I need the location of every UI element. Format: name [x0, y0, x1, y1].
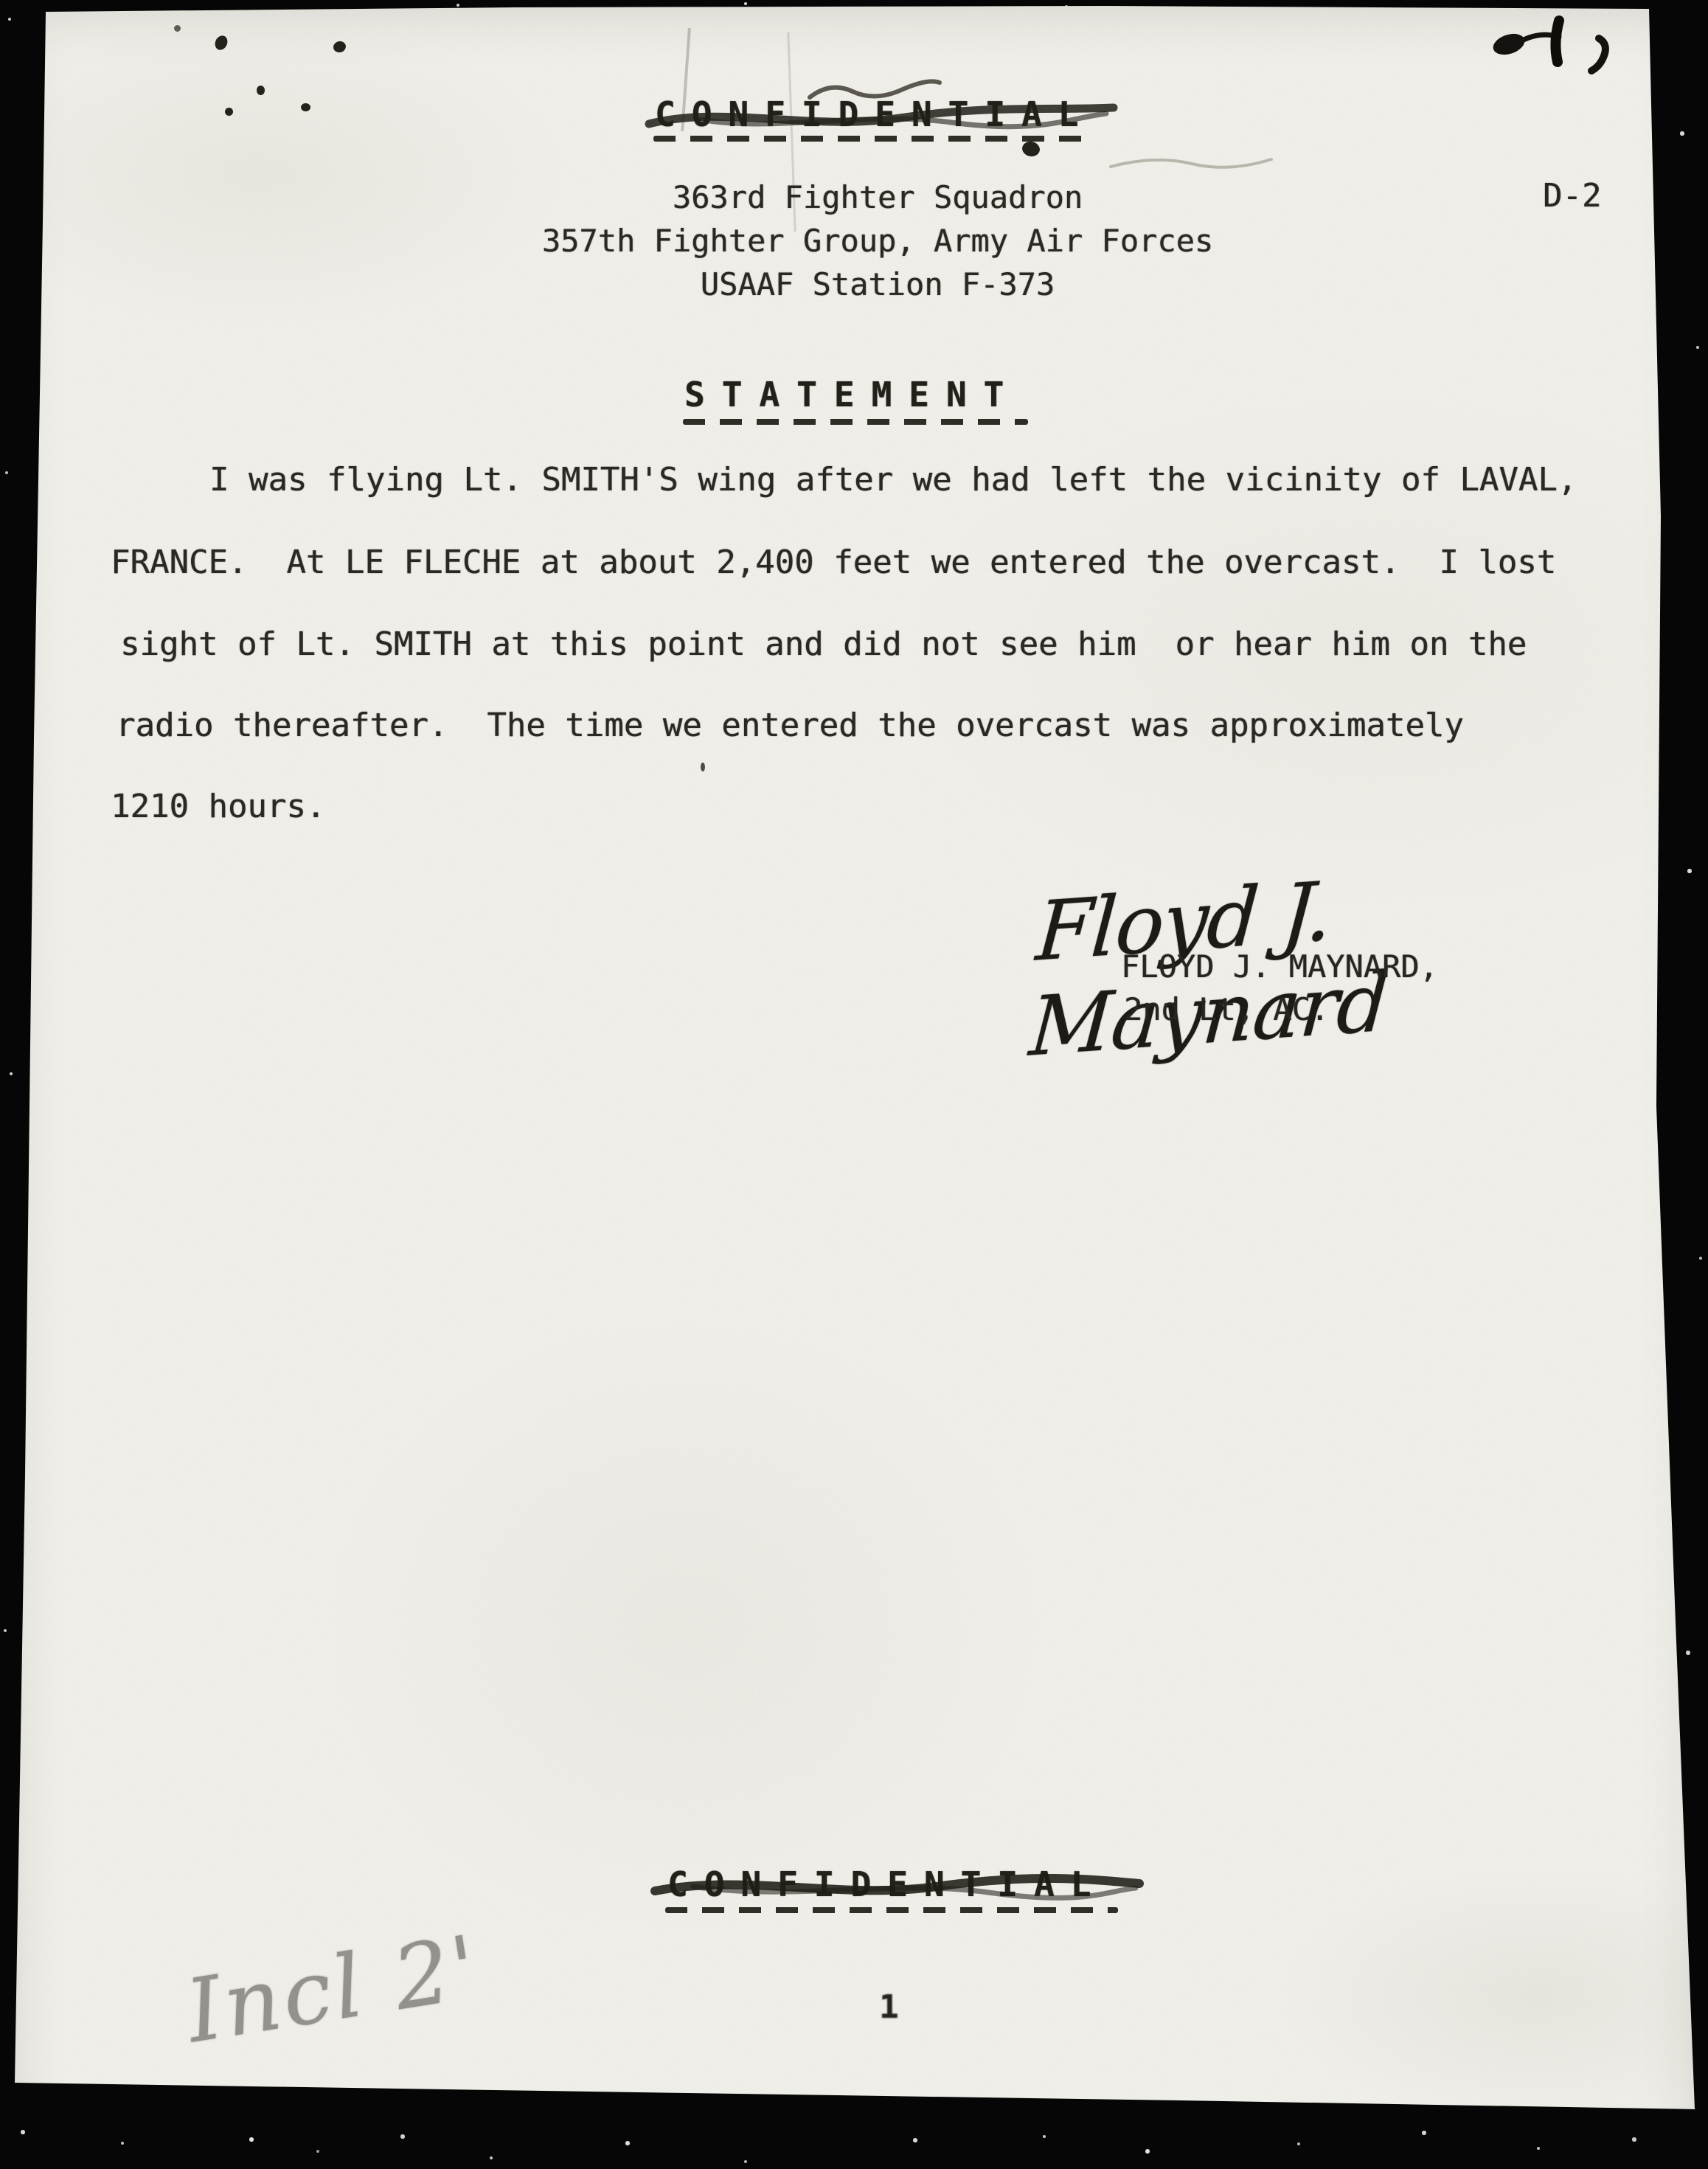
unit-line-group: 357th Fighter Group, Army Air Forces	[413, 219, 1342, 263]
unit-line-squadron: 363rd Fighter Squadron	[413, 176, 1342, 219]
classification-bottom-underline	[665, 1907, 1118, 1913]
signature-rank-branch: 2nd Lt, AC.	[1124, 991, 1329, 1027]
faint-pen-trail	[1106, 148, 1276, 177]
statement-line-3: sight of Lt. SMITH at this point and did…	[120, 625, 1527, 663]
statement-line-2: FRANCE. At LE FLECHE at about 2,400 feet…	[111, 544, 1556, 581]
title-underline	[683, 419, 1028, 425]
unit-heading: 363rd Fighter Squadron 357th Fighter Gro…	[413, 176, 1342, 306]
page-number: 1	[879, 1988, 899, 2026]
statement-line-4: radio thereafter. The time we entered th…	[116, 707, 1464, 744]
unit-line-station: USAAF Station F-373	[413, 263, 1342, 306]
signature-typed-name: FLOYD J. MAYNARD,	[1121, 948, 1438, 985]
scan-dust-specks	[0, 0, 1, 1]
statement-line-1: I was flying Lt. SMITH'S wing after we h…	[209, 461, 1577, 499]
paper-grain	[0, 0, 1708, 2169]
document-title: STATEMENT	[684, 375, 1021, 414]
incl-note-handwritten: Incl 2'	[180, 1916, 487, 2063]
page-reference: D-2	[1543, 177, 1601, 215]
classification-top-underline	[653, 136, 1096, 142]
document-page: CONFIDENTIAL 363rd Fighter Squadron 357t…	[0, 0, 1708, 2169]
handwritten-mark-top-right	[1482, 12, 1681, 63]
statement-line-5: 1210 hours.	[111, 788, 325, 825]
scanned-document: CONFIDENTIAL 363rd Fighter Squadron 357t…	[0, 0, 1708, 2169]
